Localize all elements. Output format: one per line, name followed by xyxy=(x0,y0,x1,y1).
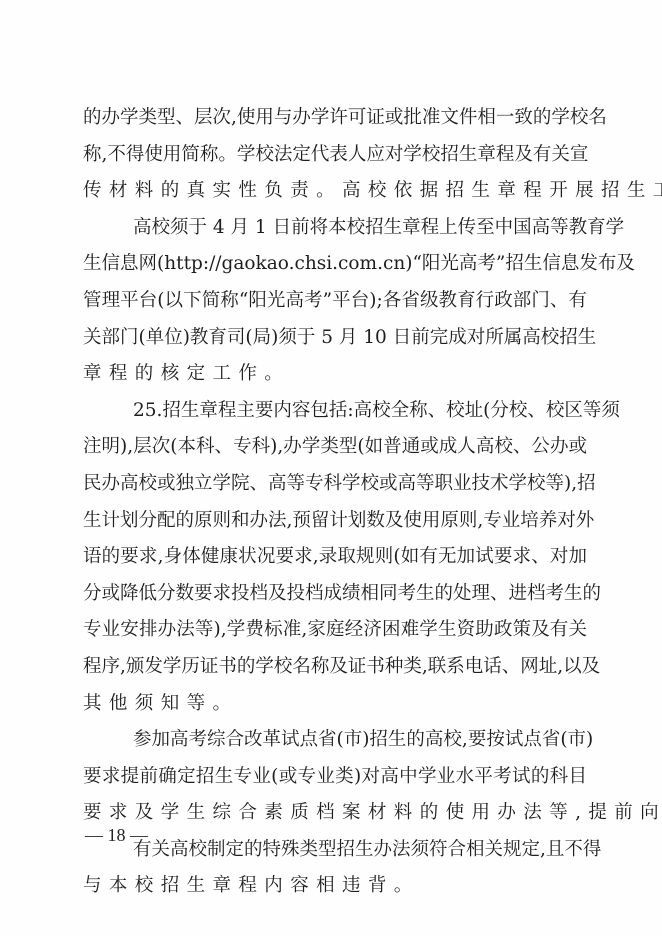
text-line: 要求及学生综合素质档案材料的使用办法等,提前向社会公布。 xyxy=(83,795,587,832)
text-line: 参加高考综合改革试点省(市)招生的高校,要按试点省(市) xyxy=(83,722,587,759)
text-line: 章程的核定工作。 xyxy=(83,356,587,393)
text-line: 民办高校或独立学院、高等专科学校或高等职业技术学校等),招 xyxy=(83,466,587,503)
paragraph-special-types: 有关高校制定的特殊类型招生办法须符合相关规定,且不得 与本校招生章程内容相违背。 xyxy=(83,832,587,905)
text-line: 语的要求,身体健康状况要求,录取规则(如有无加试要求、对加 xyxy=(83,539,587,576)
text-line: 生计划分配的原则和办法,预留计划数及使用原则,专业培养对外 xyxy=(83,503,587,540)
text-line: 与本校招生章程内容相违背。 xyxy=(83,868,587,905)
text-line: 分或降低分数要求投档及投档成绩相同考生的处理、进档考生的 xyxy=(83,576,587,613)
text-line: 有关高校制定的特殊类型招生办法须符合相关规定,且不得 xyxy=(83,832,587,869)
text-line: 高校须于 4 月 1 日前将本校招生章程上传至中国高等教育学 xyxy=(83,210,587,247)
text-line: 生信息网(http://gaokao.chsi.com.cn)“阳光高考”招生信… xyxy=(83,246,587,283)
text-line: 称,不得使用简称。学校法定代表人应对学校招生章程及有关宣 xyxy=(83,137,587,174)
text-line: 的办学类型、层次,使用与办学许可证或批准文件相一致的学校名 xyxy=(83,100,587,137)
paragraph-reform-pilot: 参加高考综合改革试点省(市)招生的高校,要按试点省(市) 要求提前确定招生专业(… xyxy=(83,722,587,832)
text-line: 其他须知等。 xyxy=(83,686,587,723)
text-line: 管理平台(以下简称“阳光高考”平台);各省级教育行政部门、有 xyxy=(83,283,587,320)
document-body: 的办学类型、层次,使用与办学许可证或批准文件相一致的学校名 称,不得使用简称。学… xyxy=(83,100,587,905)
text-line: 专业安排办法等),学费标准,家庭经济困难学生资助政策及有关 xyxy=(83,612,587,649)
paragraph-continued: 的办学类型、层次,使用与办学许可证或批准文件相一致的学校名 称,不得使用简称。学… xyxy=(83,100,587,210)
paragraph-upload-deadline: 高校须于 4 月 1 日前将本校招生章程上传至中国高等教育学 生信息网(http… xyxy=(83,210,587,393)
text-line: 要求提前确定招生专业(或专业类)对高中学业水平考试的科目 xyxy=(83,759,587,796)
text-line: 程序,颁发学历证书的学校名称及证书种类,联系电话、网址,以及 xyxy=(83,649,587,686)
text-line: 注明),层次(本科、专科),办学类型(如普通或成人高校、公办或 xyxy=(83,429,587,466)
page-number: — 18 — xyxy=(85,825,148,846)
text-line: 关部门(单位)教育司(局)须于 5 月 10 日前完成对所属高校招生 xyxy=(83,320,587,357)
text-line: 传材料的真实性负责。高校依据招生章程开展招生工作。 xyxy=(83,173,587,210)
paragraph-article-25: 25.招生章程主要内容包括:高校全称、校址(分校、校区等须 注明),层次(本科、… xyxy=(83,393,587,722)
text-line: 25.招生章程主要内容包括:高校全称、校址(分校、校区等须 xyxy=(83,393,587,430)
document-page: 的办学类型、层次,使用与办学许可证或批准文件相一致的学校名 称,不得使用简称。学… xyxy=(0,0,662,936)
